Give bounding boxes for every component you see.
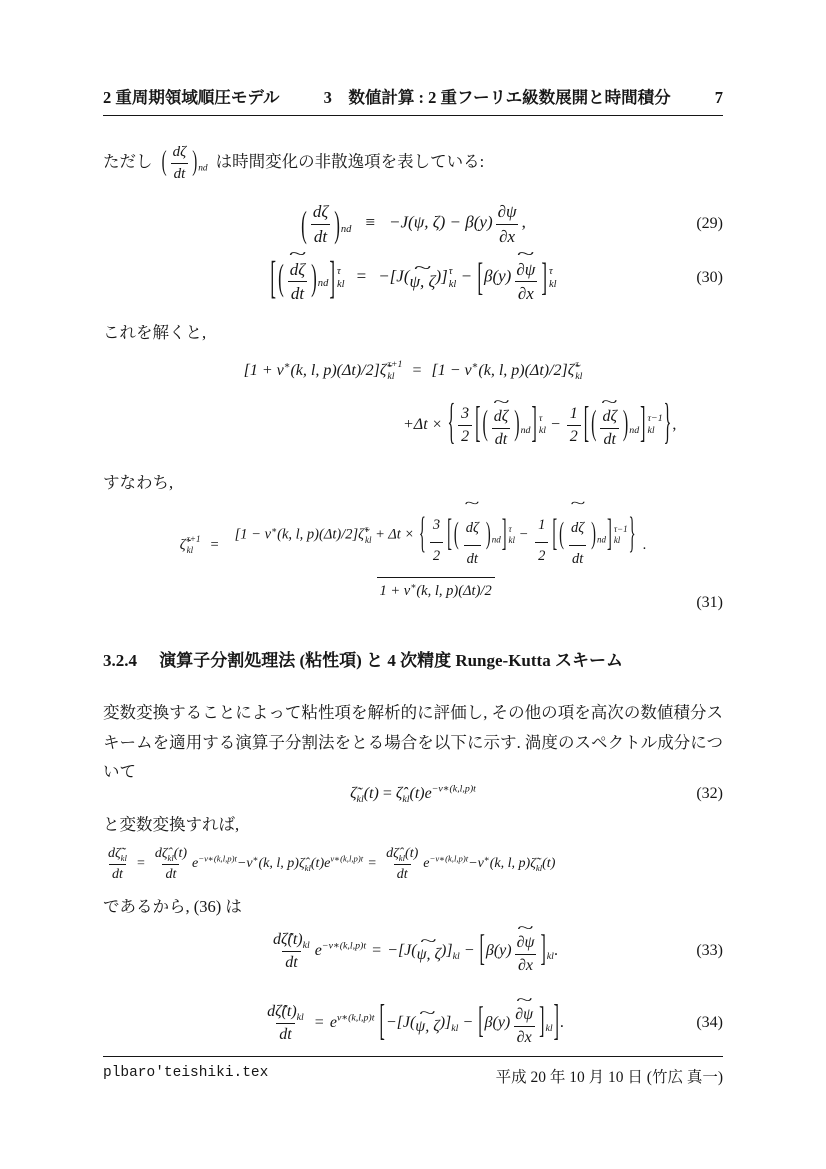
footer-filename: plbaro'teishiki.tex: [103, 1065, 268, 1087]
section-heading: 3.2.4 演算子分割処理法 (粘性項) と 4 次精度 Runge-Kutta…: [103, 646, 723, 671]
equation-34-math: dζ̂(t)kldt=eν∗(k,l,p)t[−[J(~ψ, ζ)]kl − […: [262, 997, 564, 1049]
equation-34-number: (34): [696, 1014, 723, 1032]
page-footer: plbaro'teishiki.tex 平成 20 年 10 月 10 日 (竹…: [103, 1056, 723, 1087]
body-paragraph: 変数変換することによって粘性項を解析的に評価し, その他の項を高次の数値積分スキ…: [103, 698, 723, 787]
equation-30-math: [(~dζdt)nd]τkl=−[J(~ψ, ζ)]τkl − [β(y)~∂ψ…: [269, 250, 556, 305]
page-number: 7: [715, 88, 723, 108]
equation-31: ζ̃τ+1kl=[1 − ν∗(k, l, p)(Δt)/2]ζ̃τkl + Δ…: [103, 494, 723, 596]
equation-solve-line1: [1 + ν∗(k, l, p)(Δt)/2]ζ̃τ+1kl=[1 − ν∗(k…: [103, 352, 723, 390]
equation-29-number: (29): [696, 215, 723, 233]
equation-34: dζ̂(t)kldt=eν∗(k,l,p)t[−[J(~ψ, ζ)]kl − […: [103, 990, 723, 1056]
equation-31-math: ζ̃τ+1kl=[1 − ν∗(k, l, p)(Δt)/2]ζ̃τkl + Δ…: [180, 489, 646, 602]
equation-solve-line2-math: +Δt × {32[(~dζdt)nd]τkl − 12[(~dζdt)nd]τ…: [403, 399, 676, 451]
equation-31-number: (31): [103, 594, 723, 612]
paper-page: { "header": { "left": "2 重周期領域順圧モデル", "c…: [0, 0, 826, 1169]
equation-33-math: dζ̂(t)kldte−ν∗(k,l,p)t=−[J(~ψ, ζ)]kl − […: [268, 925, 558, 977]
header-section-title: 3 数値計算 : 2 重フーリエ級数展開と時間積分: [324, 84, 671, 108]
equation-30-number: (30): [696, 269, 723, 287]
equation-30: [(~dζdt)nd]τkl=−[J(~ψ, ζ)]τkl − [β(y)~∂ψ…: [103, 244, 723, 312]
equation-33: dζ̂(t)kldte−ν∗(k,l,p)t=−[J(~ψ, ζ)]kl − […: [103, 918, 723, 984]
intro-text-after: は時間変化の非散逸項を表している:: [216, 152, 485, 171]
equation-29-math: (dζdt)nd≡−J(ψ, ζ) − β(y)∂ψ∂x,: [300, 200, 526, 248]
inline-equation-dzeta-dt: (dζdt)nd: [161, 142, 208, 185]
equation-32-math: ζ̃kl(t) = ζ̂kl(t)e−ν∗(k,l,p)t: [350, 785, 476, 803]
intro-line: ただし (dζdt)nd は時間変化の非散逸項を表している:: [103, 142, 723, 185]
equation-32-number: (32): [696, 785, 723, 803]
equation-32: ζ̃kl(t) = ζ̂kl(t)e−ν∗(k,l,p)t (32): [103, 776, 723, 812]
header-section-left: 2 重周期領域順圧モデル: [103, 84, 280, 108]
equation-solve-line2: +Δt × {32[(~dζdt)nd]τkl − 12[(~dζdt)nd]τ…: [103, 386, 723, 464]
equation-33-number: (33): [696, 942, 723, 960]
page-header: 2 重周期領域順圧モデル 3 数値計算 : 2 重フーリエ級数展開と時間積分 7: [103, 84, 723, 116]
equation-solve-line1-math: [1 + ν∗(k, l, p)(Δt)/2]ζ̃τ+1kl=[1 − ν∗(k…: [244, 359, 583, 384]
section-title: 演算子分割処理法 (粘性項) と 4 次精度 Runge-Kutta スキーム: [159, 651, 623, 670]
text-solve-intro: これを解くと,: [103, 318, 723, 348]
section-number: 3.2.4: [103, 651, 137, 670]
equation-transform: dζ̃kldt=dζ̂kl(t)dte−ν∗(k,l,p)t−ν∗(k, l, …: [103, 834, 723, 894]
equation-transform-math: dζ̃kldt=dζ̂kl(t)dte−ν∗(k,l,p)t−ν∗(k, l, …: [103, 844, 555, 884]
intro-text-before: ただし: [103, 152, 153, 171]
footer-date: 平成 20 年 10 月 10 日 (竹広 真一): [496, 1065, 723, 1087]
